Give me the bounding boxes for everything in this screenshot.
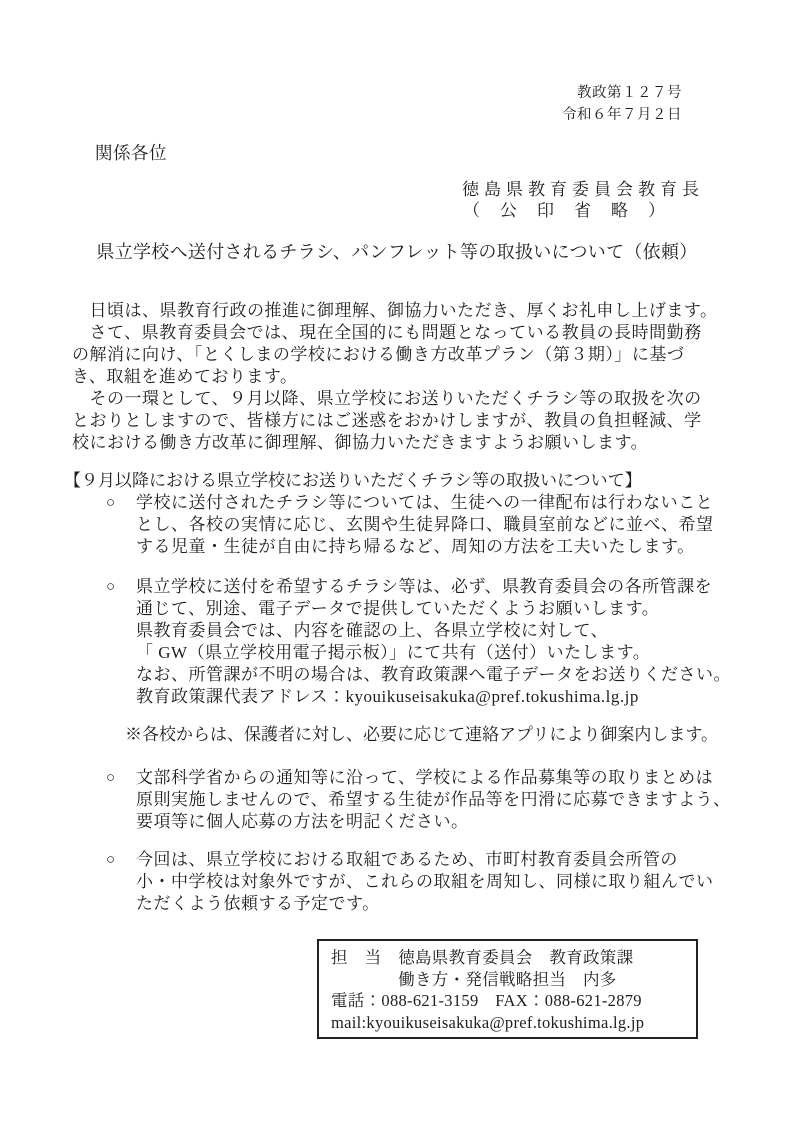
bullet-marker: ○ xyxy=(106,576,136,598)
contact-box: 担 当 徳島県教育委員会 教育政策課 働き方・発信戦略担当 内多 電話：088-… xyxy=(317,939,698,1039)
bullet-marker: ○ xyxy=(106,849,136,871)
bullet-item-2: ○ 県立学校に送付を希望するチラシ等は、必ず、県教育委員会の各所管課を 通じて、… xyxy=(106,576,746,708)
document-number: 教政第１２７号 xyxy=(562,82,682,104)
note-line: ※各校からは、保護者に対し、必要に応じて連絡アプリにより御案内します。 xyxy=(125,724,765,746)
bullet-text: 文部科学省からの通知等に沿って、学校による作品募集等の取りまとめは 原則実施しま… xyxy=(136,767,746,833)
bullet-marker: ○ xyxy=(106,492,136,514)
document-title: 県立学校へ送付されるチラシ、パンフレット等の取扱いについて（依頼） xyxy=(0,238,794,264)
bullet-marker: ○ xyxy=(106,767,136,789)
document-header: 教政第１２７号 令和６年７月２日 xyxy=(562,82,682,126)
official-letter-page: 教政第１２７号 令和６年７月２日 関係各位 徳島県教育委員会教育長 （ 公 印 … xyxy=(0,0,794,1123)
paragraph-2: その一環として、９月以降、県立学校にお送りいただくチラシ等の取扱を次の とおりと… xyxy=(72,388,740,454)
bullet-item-4: ○ 今回は、県立学校における取組であるため、市町村教育委員会所管の 小・中学校は… xyxy=(106,849,746,915)
bullet-text: 今回は、県立学校における取組であるため、市町村教育委員会所管の 小・中学校は対象… xyxy=(136,849,746,915)
paragraph-1: 日頃は、県教育行政の推進に御理解、御協力いただき、厚くお礼申し上げます。 さて、… xyxy=(72,300,740,388)
bullet-text: 県立学校に送付を希望するチラシ等は、必ず、県教育委員会の各所管課を 通じて、別途… xyxy=(136,576,746,708)
bullet-item-3: ○ 文部科学省からの通知等に沿って、学校による作品募集等の取りまとめは 原則実施… xyxy=(106,767,746,833)
document-date: 令和６年７月２日 xyxy=(562,104,682,126)
bullet-item-1: ○ 学校に送付されたチラシ等については、生徒への一律配布は行わないこと とし、各… xyxy=(106,492,746,558)
section-heading: 【９月以降における県立学校にお送りいただくチラシ等の取扱いについて】 xyxy=(64,470,764,492)
sender-seal-note: （ 公 印 省 略 ） xyxy=(463,196,667,221)
bullet-text: 学校に送付されたチラシ等については、生徒への一律配布は行わないこと とし、各校の… xyxy=(136,492,746,558)
recipient: 関係各位 xyxy=(95,140,167,165)
